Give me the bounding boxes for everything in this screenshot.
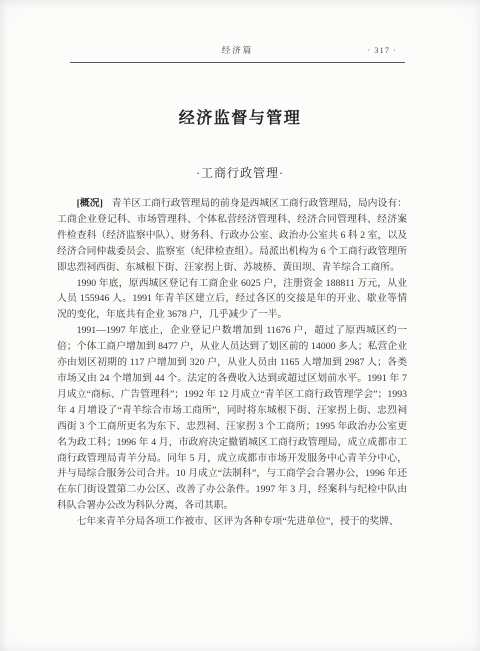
page-number: · 317 · [367, 44, 397, 56]
page-title: 经济监督与管理 [0, 109, 480, 129]
chapter-title: 经济篇 [222, 45, 254, 55]
paragraph: 1991—1997 年底止，企业登记户数增加到 11676 户，超过了原西城区约… [57, 323, 407, 514]
running-header: 经济篇 · 317 · [70, 44, 405, 63]
paragraph: [概况]青羊区工商行政管理局的前身是西城区工商行政管理局，局内设有：工商企业登记… [57, 196, 407, 276]
paragraph: 1990 年底，原西城区登记有工商企业 6025 户，注册资金 188811 万… [57, 276, 407, 324]
paragraph-lead: [概况] [77, 198, 103, 209]
section-title: ·工商行政管理· [0, 166, 480, 180]
book-page: 经济篇 · 317 · 经济监督与管理 ·工商行政管理· [概况]青羊区工商行政… [0, 0, 480, 651]
paragraph: 七年来青羊分局各项工作被市、区评为各种专项“先进单位”，授于的奖牌、 [57, 514, 407, 530]
body-text: [概况]青羊区工商行政管理局的前身是西城区工商行政管理局，局内设有：工商企业登记… [57, 196, 407, 530]
